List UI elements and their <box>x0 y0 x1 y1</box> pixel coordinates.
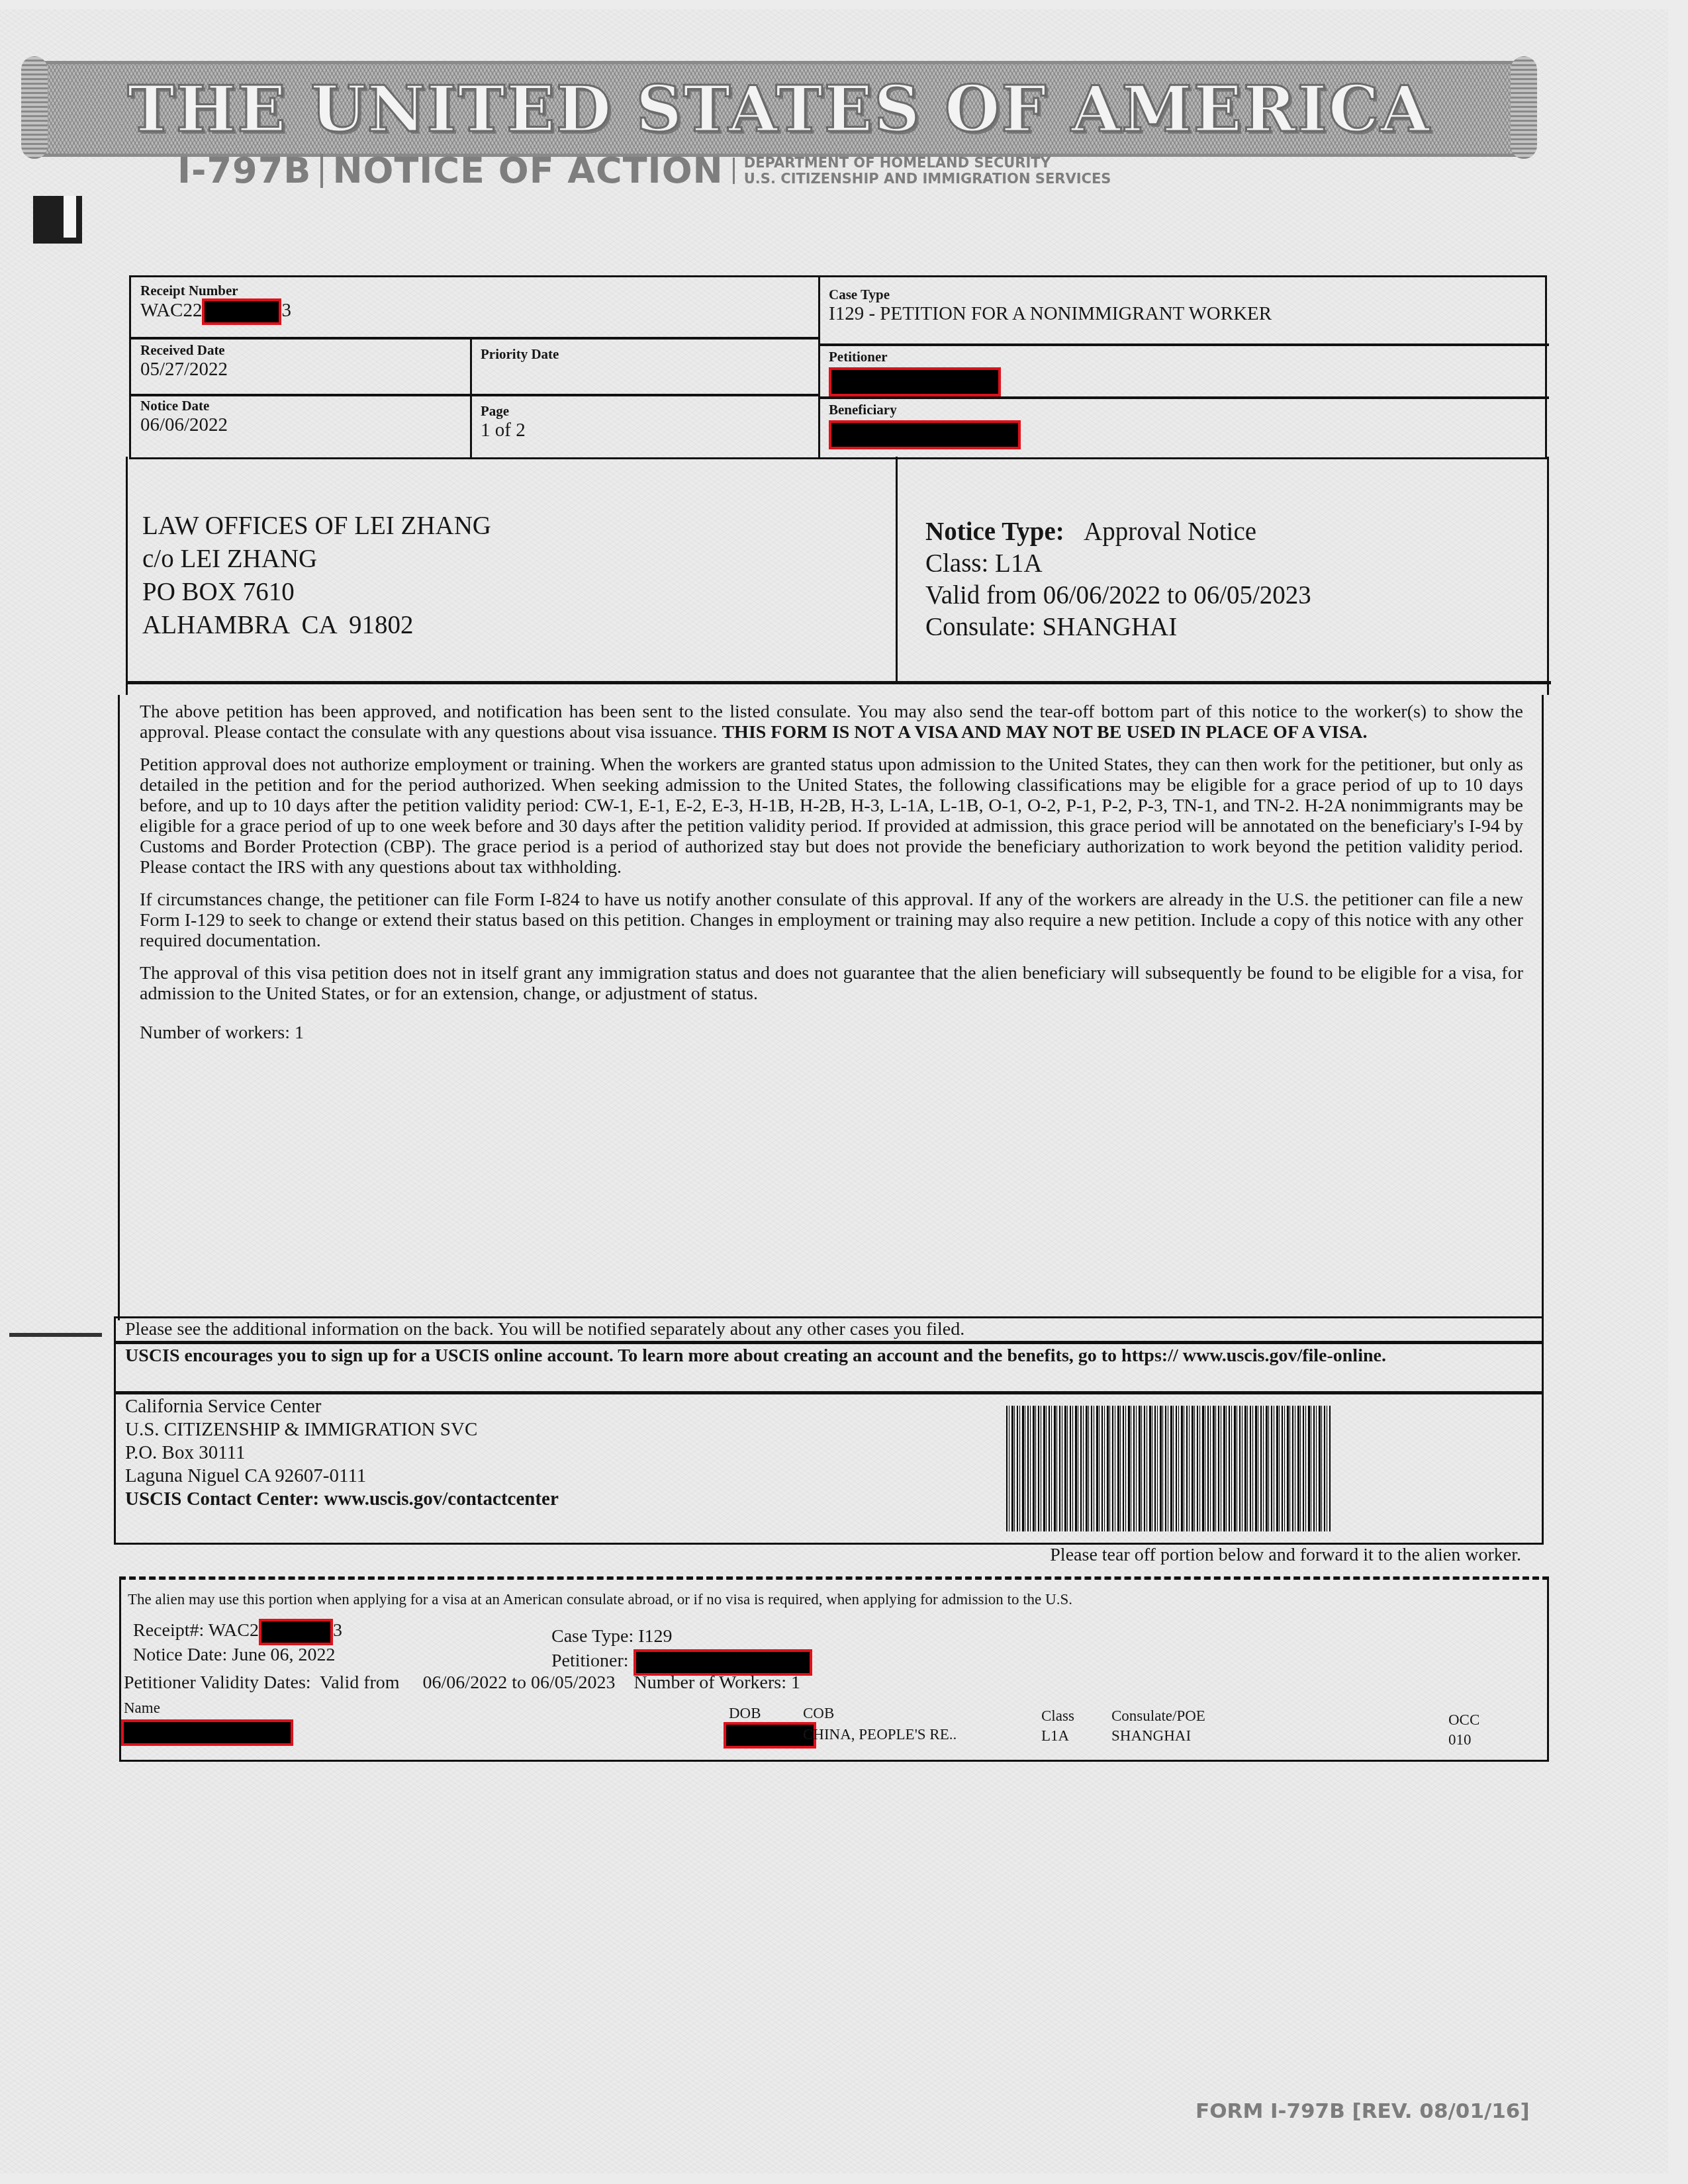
online-account-note: USCIS encourages you to sign up for a US… <box>125 1345 1416 1367</box>
form-id: I-797B <box>177 150 311 191</box>
department-name: DEPARTMENT OF HOMELAND SECURITY <box>744 155 1111 171</box>
address-line: c/o LEI ZHANG <box>142 543 491 576</box>
title-divider <box>320 154 323 188</box>
address-line: PO BOX 7610 <box>142 576 491 609</box>
barcode-icon <box>1006 1406 1331 1531</box>
received-date-value: 05/27/2022 <box>140 358 228 381</box>
beneficiary-label: Beneficiary <box>829 402 1021 418</box>
class-value: L1A <box>1041 1726 1069 1746</box>
redacted-beneficiary <box>829 420 1021 449</box>
col-class: Class <box>1041 1706 1074 1726</box>
case-info-table: Receipt Number WAC223 Received Date 05/2… <box>129 275 1547 459</box>
notice-type-label: Notice Type: <box>925 518 1064 546</box>
redacted-receipt-digits <box>259 1619 333 1645</box>
number-of-workers: Number of Workers: 1 <box>633 1672 800 1693</box>
tear-off-receipt: Receipt#: WAC23 <box>133 1619 342 1645</box>
footer-info: Please see the additional information on… <box>114 1316 1544 1545</box>
tear-off-instruction: Please tear off portion below and forwar… <box>1050 1545 1521 1566</box>
case-type-value: I129 - PETITION FOR A NONIMMIGRANT WORKE… <box>829 302 1272 325</box>
tear-off-slip: The alien may use this portion when appl… <box>119 1579 1549 1762</box>
case-type-cell: Case Type I129 - PETITION FOR A NONIMMIG… <box>823 284 1277 328</box>
service-center-line: P.O. Box 30111 <box>125 1441 559 1465</box>
receipt-label: Receipt#: WAC2 <box>133 1620 259 1641</box>
tear-off-intro: The alien may use this portion when appl… <box>128 1590 1072 1610</box>
body-text: The above petition has been approved, an… <box>140 702 1523 1055</box>
col-cob: COB <box>803 1704 834 1723</box>
notice-validity: Valid from 06/06/2022 to 06/05/2023 <box>925 580 1311 612</box>
address-line: LAW OFFICES OF LEI ZHANG <box>142 510 491 543</box>
col-dob: DOB <box>729 1704 761 1723</box>
banner-title: THE UNITED STATES OF AMERICA <box>127 71 1430 146</box>
beneficiary-cell: Beneficiary <box>823 399 1026 452</box>
notice-date-label: Notice Date <box>140 398 228 414</box>
header-banner: THE UNITED STATES OF AMERICA <box>41 61 1517 157</box>
cob-value: CHINA, PEOPLE'S RE.. <box>803 1725 957 1745</box>
occ-value: 010 <box>1448 1730 1472 1750</box>
tear-off-case-type: Case Type: I129 <box>551 1627 673 1647</box>
additional-info-note: Please see the additional information on… <box>125 1318 964 1341</box>
paragraph-circumstances: If circumstances change, the petitioner … <box>140 889 1523 951</box>
notice-body: The above petition has been approved, an… <box>118 695 1544 1320</box>
contact-center-link[interactable]: USCIS Contact Center: www.uscis.gov/cont… <box>125 1488 559 1511</box>
service-center-line: Laguna Niguel CA 92607-0111 <box>125 1465 559 1488</box>
priority-date-label: Priority Date <box>481 346 559 362</box>
paragraph-no-status: The approval of this visa petition does … <box>140 963 1523 1004</box>
agency-block: DEPARTMENT OF HOMELAND SECURITY U.S. CIT… <box>744 155 1111 187</box>
agency-name: U.S. CITIZENSHIP AND IMMIGRATION SERVICE… <box>744 171 1111 187</box>
received-date-label: Received Date <box>140 342 228 358</box>
page-value: 1 of 2 <box>481 419 526 441</box>
redacted-name <box>121 1719 293 1746</box>
tear-off-validity: Petitioner Validity Dates: Valid from 06… <box>124 1673 800 1693</box>
redacted-dob <box>724 1722 816 1749</box>
paragraph-approval: The above petition has been approved, an… <box>140 702 1523 743</box>
col-name: Name <box>124 1698 160 1718</box>
receipt-suffix: 3 <box>281 300 291 321</box>
page-label: Page <box>481 403 526 419</box>
notice-class: Class: L1A <box>925 548 1311 580</box>
redacted-petitioner <box>829 367 1001 396</box>
tear-off-petitioner: Petitioner: <box>551 1649 812 1676</box>
case-type-label: Case Type <box>829 287 1272 302</box>
service-center-line: California Service Center <box>125 1395 559 1418</box>
notice-summary: Notice Type: Approval Notice Class: L1A … <box>925 516 1311 643</box>
priority-date-cell: Priority Date <box>475 343 564 365</box>
redacted-receipt-digits <box>202 298 281 325</box>
receipt-number-label: Receipt Number <box>140 283 291 298</box>
notice-type-value: Approval Notice <box>1084 518 1256 546</box>
validity-dates: Petitioner Validity Dates: Valid from 06… <box>124 1672 615 1693</box>
received-date-cell: Received Date 05/27/2022 <box>135 340 233 383</box>
receipt-prefix: WAC22 <box>140 300 202 321</box>
page-cell: Page 1 of 2 <box>475 400 531 444</box>
notice-date-value: 06/06/2022 <box>140 414 228 436</box>
petitioner-label: Petitioner <box>829 349 1001 365</box>
notice-page: THE UNITED STATES OF AMERICA I-797B NOTI… <box>0 9 1668 2173</box>
datamatrix-code-icon <box>33 196 82 244</box>
not-a-visa-warning: THIS FORM IS NOT A VISA AND MAY NOT BE U… <box>722 722 1367 743</box>
notice-date-cell: Notice Date 06/06/2022 <box>135 395 233 439</box>
form-revision-footer: FORM I-797B [REV. 08/01/16] <box>1196 2099 1530 2123</box>
receipt-number-value: WAC223 <box>140 298 291 325</box>
petitioner-label: Petitioner: <box>551 1651 629 1671</box>
redacted-petitioner <box>633 1649 812 1676</box>
notice-type-row: Notice Type: Approval Notice <box>925 516 1311 548</box>
number-of-workers: Number of workers: 1 <box>140 1023 1523 1043</box>
notice-consulate: Consulate: SHANGHAI <box>925 612 1311 643</box>
mailing-address: LAW OFFICES OF LEI ZHANG c/o LEI ZHANG P… <box>142 510 491 642</box>
paragraph-grace-period: Petition approval does not authorize emp… <box>140 754 1523 878</box>
address-line: ALHAMBRA CA 91802 <box>142 609 491 642</box>
form-title-row: I-797B NOTICE OF ACTION DEPARTMENT OF HO… <box>177 150 1111 191</box>
title-divider <box>733 158 735 184</box>
petitioner-cell: Petitioner <box>823 346 1006 399</box>
receipt-suffix: 3 <box>333 1620 342 1641</box>
col-consulate: Consulate/POE <box>1111 1706 1205 1726</box>
notice-of-action-title: NOTICE OF ACTION <box>332 150 723 191</box>
tear-off-notice-date: Notice Date: June 06, 2022 <box>133 1645 336 1665</box>
receipt-number-cell: Receipt Number WAC223 <box>135 280 297 328</box>
col-occ: OCC <box>1448 1710 1479 1730</box>
fold-mark <box>9 1333 102 1337</box>
consulate-value: SHANGHAI <box>1111 1726 1191 1746</box>
service-center-address: California Service Center U.S. CITIZENSH… <box>125 1395 559 1511</box>
service-center-line: U.S. CITIZENSHIP & IMMIGRATION SVC <box>125 1418 559 1441</box>
address-section: LAW OFFICES OF LEI ZHANG c/o LEI ZHANG P… <box>126 457 1549 695</box>
